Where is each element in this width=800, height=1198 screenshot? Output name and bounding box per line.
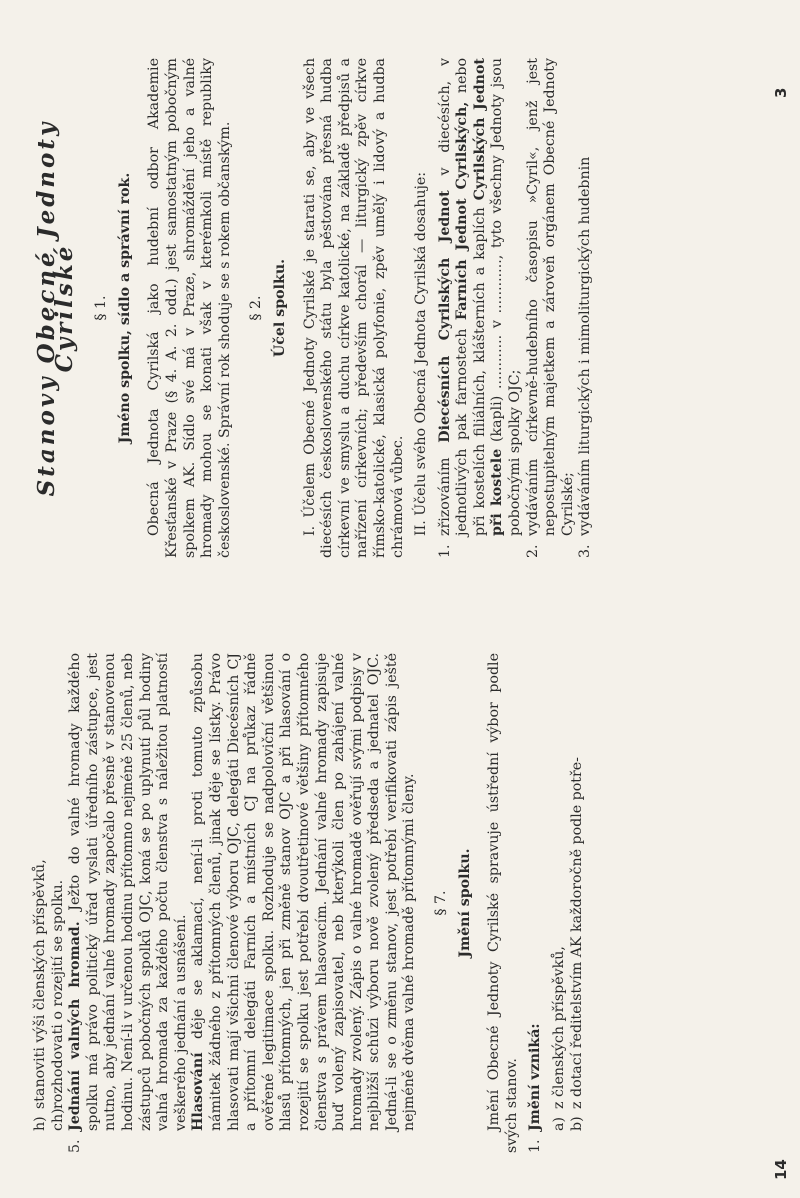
section-heading: Jméno spolku, sídlo a správní rok. (117, 58, 135, 558)
rotated-spread: h) stanoviti výši členských příspěvků, c… (0, 0, 800, 1198)
page-number-right: 3 (772, 88, 790, 98)
item-text: stanoviti výši členských příspěvků, (32, 653, 50, 1109)
list-item: 3. vydáváním liturgických i mimoliturgic… (577, 58, 595, 558)
item-label: ch) (50, 1109, 68, 1131)
item-heading: Jmění vzniká: (527, 653, 545, 1131)
document-title: Stanovy Obecné Jednoty Cyrilské (38, 58, 73, 558)
list-item: ch) rozhodovati o rozejití se spolku. (50, 653, 68, 1153)
list-item-5: 5. Jednání valných hromad. Ježto do valn… (67, 653, 190, 1153)
item-label: h) (32, 1109, 50, 1131)
voting-heading: Hlasování (190, 1052, 206, 1131)
item-number: 1. (437, 536, 525, 558)
page-number-left: 14 (772, 1159, 790, 1180)
list-item: a) z členských příspěvků, (551, 653, 569, 1153)
right-page: Stanovy Obecné Jednoty Cyrilské § 1. Jmé… (38, 58, 595, 558)
item-text: z členských příspěvků, (551, 653, 569, 1109)
left-page: h) stanoviti výši členských příspěvků, c… (32, 653, 586, 1153)
item-number: 1. (527, 1131, 545, 1153)
section-heading: Jmění spolku. (457, 653, 475, 1153)
item-number: 3. (577, 536, 595, 558)
item-heading: Jednání valných hromad. (67, 921, 83, 1131)
section-sign: § 2. (248, 58, 266, 558)
item-text: vydáváním liturgických i mimoliturgickýc… (577, 58, 595, 536)
list-item: 1. zřizováním Diecésních Cyrilských Jedn… (437, 58, 525, 558)
item-text: z dotací ředitelstvím AK každoročně podl… (569, 653, 587, 1109)
list-item: h) stanoviti výši členských příspěvků, (32, 653, 50, 1153)
purpose-paragraph: I. Účelem Obecné Jednoty Cyrilské je sta… (302, 58, 408, 558)
item-text: rozhodovati o rozejití se spolku. (50, 653, 68, 1109)
section-intro: Jmění Obecné Jednoty Cyrilské spravuje ú… (486, 653, 521, 1153)
list-item: 2. vydáváním církevně-hudebního časopisu… (525, 58, 578, 558)
item-bold: Diecésních Cyrilských Jednot (437, 190, 453, 442)
item-number: 2. (525, 536, 578, 558)
means-paragraph: II. Účelu svého Obecná Jednota Cyrilská … (413, 58, 431, 558)
item-label: a) (551, 1109, 569, 1131)
item-label: b) (569, 1109, 587, 1131)
scanned-page-spread: h) stanoviti výši členských příspěvků, c… (0, 0, 800, 1198)
voting-text: děje se aklamací, není-li proti tomuto z… (190, 653, 417, 1131)
item-text: vydáváním církevně-hudebního časopisu »C… (525, 58, 578, 536)
voting-paragraph: Hlasování děje se aklamací, není-li prot… (190, 653, 419, 1153)
item-number: 5. (67, 1131, 190, 1153)
list-item: b) z dotací ředitelstvím AK každoročně p… (569, 653, 587, 1153)
section-heading: Účel spolku. (272, 58, 290, 558)
section-text: Obecná Jednota Cyrilská jako hudební odb… (146, 58, 234, 558)
list-item: 1. Jmění vzniká: (527, 653, 545, 1153)
section-sign: § 7. (433, 653, 451, 1153)
item-text: zřizováním (437, 443, 453, 536)
item-text: Ježto do valné hromady každého spolku má… (67, 653, 189, 1131)
item-bold: Farních Jednot Cyrilských, (454, 102, 470, 320)
section-sign: § 1. (93, 58, 111, 558)
